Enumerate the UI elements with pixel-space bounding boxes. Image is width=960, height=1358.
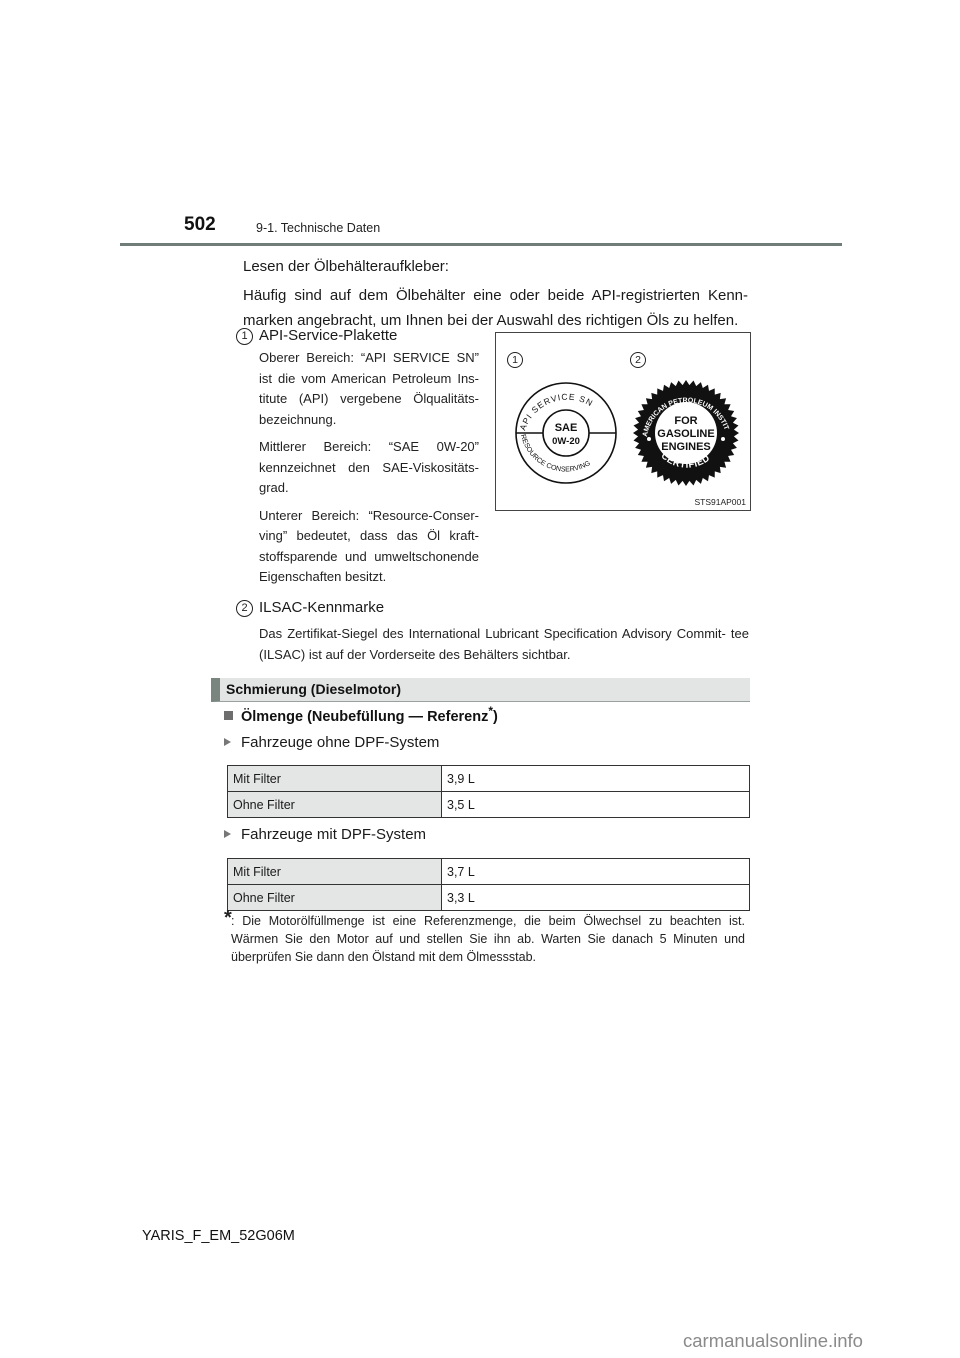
footnote-text: : Die Motorölfüllmenge ist eine Referenz… bbox=[224, 912, 745, 966]
svg-text:ENGINES: ENGINES bbox=[661, 441, 711, 453]
document-code: YARIS_F_EM_52G06M bbox=[142, 1228, 295, 1244]
item-1-paragraph: Unterer Bereich: “Resource-Conser- ving”… bbox=[259, 506, 479, 588]
group-label-no-dpf: Fahrzeuge ohne DPF-System bbox=[224, 734, 439, 751]
oil-quantity-heading: Ölmenge (Neubefüllung — Referenz*) bbox=[224, 704, 498, 725]
figure-code: STS91AP001 bbox=[694, 497, 746, 507]
page-number: 502 bbox=[184, 214, 216, 236]
watermark: carmanualsonline.info bbox=[683, 1330, 863, 1352]
api-service-symbol: API SERVICE SN RESOURCE CONSERVING SAE 0… bbox=[516, 383, 616, 483]
intro-text: Häufig sind auf dem Ölbehälter eine oder… bbox=[243, 283, 748, 333]
group-label: Fahrzeuge mit DPF-System bbox=[241, 826, 426, 843]
header-rule bbox=[120, 243, 842, 246]
section-title: 9-1. Technische Daten bbox=[256, 221, 380, 235]
table-value: 3,9 L bbox=[442, 766, 750, 792]
heading-text: Ölmenge (Neubefüllung — Referenz bbox=[241, 709, 488, 725]
api-ilsac-symbols: API SERVICE SN RESOURCE CONSERVING SAE 0… bbox=[496, 333, 750, 510]
table-key: Mit Filter bbox=[228, 859, 442, 885]
intro-heading: Lesen der Ölbehälteraufkleber: bbox=[243, 254, 449, 279]
group-label-dpf: Fahrzeuge mit DPF-System bbox=[224, 826, 426, 843]
oil-table-dpf: Mit Filter 3,7 L Ohne Filter 3,3 L bbox=[227, 858, 750, 911]
item-title: API-Service-Plakette bbox=[259, 327, 397, 344]
item-2-body: Das Zertifikat-Siegel des International … bbox=[259, 624, 749, 665]
table-row: Mit Filter 3,9 L bbox=[228, 766, 750, 792]
item-2-title: 2ILSAC-Kennmarke bbox=[236, 599, 384, 617]
triangle-bullet-icon bbox=[224, 830, 231, 838]
group-label: Fahrzeuge ohne DPF-System bbox=[241, 734, 439, 751]
section-bar: Schmierung (Dieselmotor) bbox=[211, 678, 750, 702]
footnote-mark: * bbox=[224, 909, 232, 927]
table-row: Ohne Filter 3,3 L bbox=[228, 885, 750, 911]
number-2-icon: 2 bbox=[236, 600, 253, 617]
svg-text:GASOLINE: GASOLINE bbox=[657, 428, 714, 440]
item-1-paragraph: Oberer Bereich: “API SERVICE SN” ist die… bbox=[259, 348, 479, 430]
svg-text:SAE: SAE bbox=[555, 422, 578, 434]
table-row: Mit Filter 3,7 L bbox=[228, 859, 750, 885]
table-row: Ohne Filter 3,5 L bbox=[228, 792, 750, 818]
svg-text:0W-20: 0W-20 bbox=[552, 436, 580, 447]
oil-labels-figure: 1 2 API SERVICE SN RESOURCE CONSERVING S… bbox=[495, 332, 751, 511]
table-value: 3,7 L bbox=[442, 859, 750, 885]
table-key: Ohne Filter bbox=[228, 885, 442, 911]
svg-text:FOR: FOR bbox=[674, 415, 697, 427]
heading-close: ) bbox=[493, 709, 498, 725]
item-title: ILSAC-Kennmarke bbox=[259, 599, 384, 616]
item-1-body: Oberer Bereich: “API SERVICE SN” ist die… bbox=[259, 348, 479, 595]
number-1-icon: 1 bbox=[236, 328, 253, 345]
footnote: * : Die Motorölfüllmenge ist eine Refere… bbox=[224, 912, 745, 966]
table-value: 3,3 L bbox=[442, 885, 750, 911]
item-1-title: 1API-Service-Plakette bbox=[236, 327, 397, 345]
table-value: 3,5 L bbox=[442, 792, 750, 818]
table-key: Mit Filter bbox=[228, 766, 442, 792]
square-bullet-icon bbox=[224, 711, 233, 720]
section-bar-title: Schmierung (Dieselmotor) bbox=[226, 681, 401, 697]
triangle-bullet-icon bbox=[224, 738, 231, 746]
table-key: Ohne Filter bbox=[228, 792, 442, 818]
oil-table-no-dpf: Mit Filter 3,9 L Ohne Filter 3,5 L bbox=[227, 765, 750, 818]
item-1-paragraph: Mittlerer Bereich: “SAE 0W-20” kennzeich… bbox=[259, 437, 479, 499]
